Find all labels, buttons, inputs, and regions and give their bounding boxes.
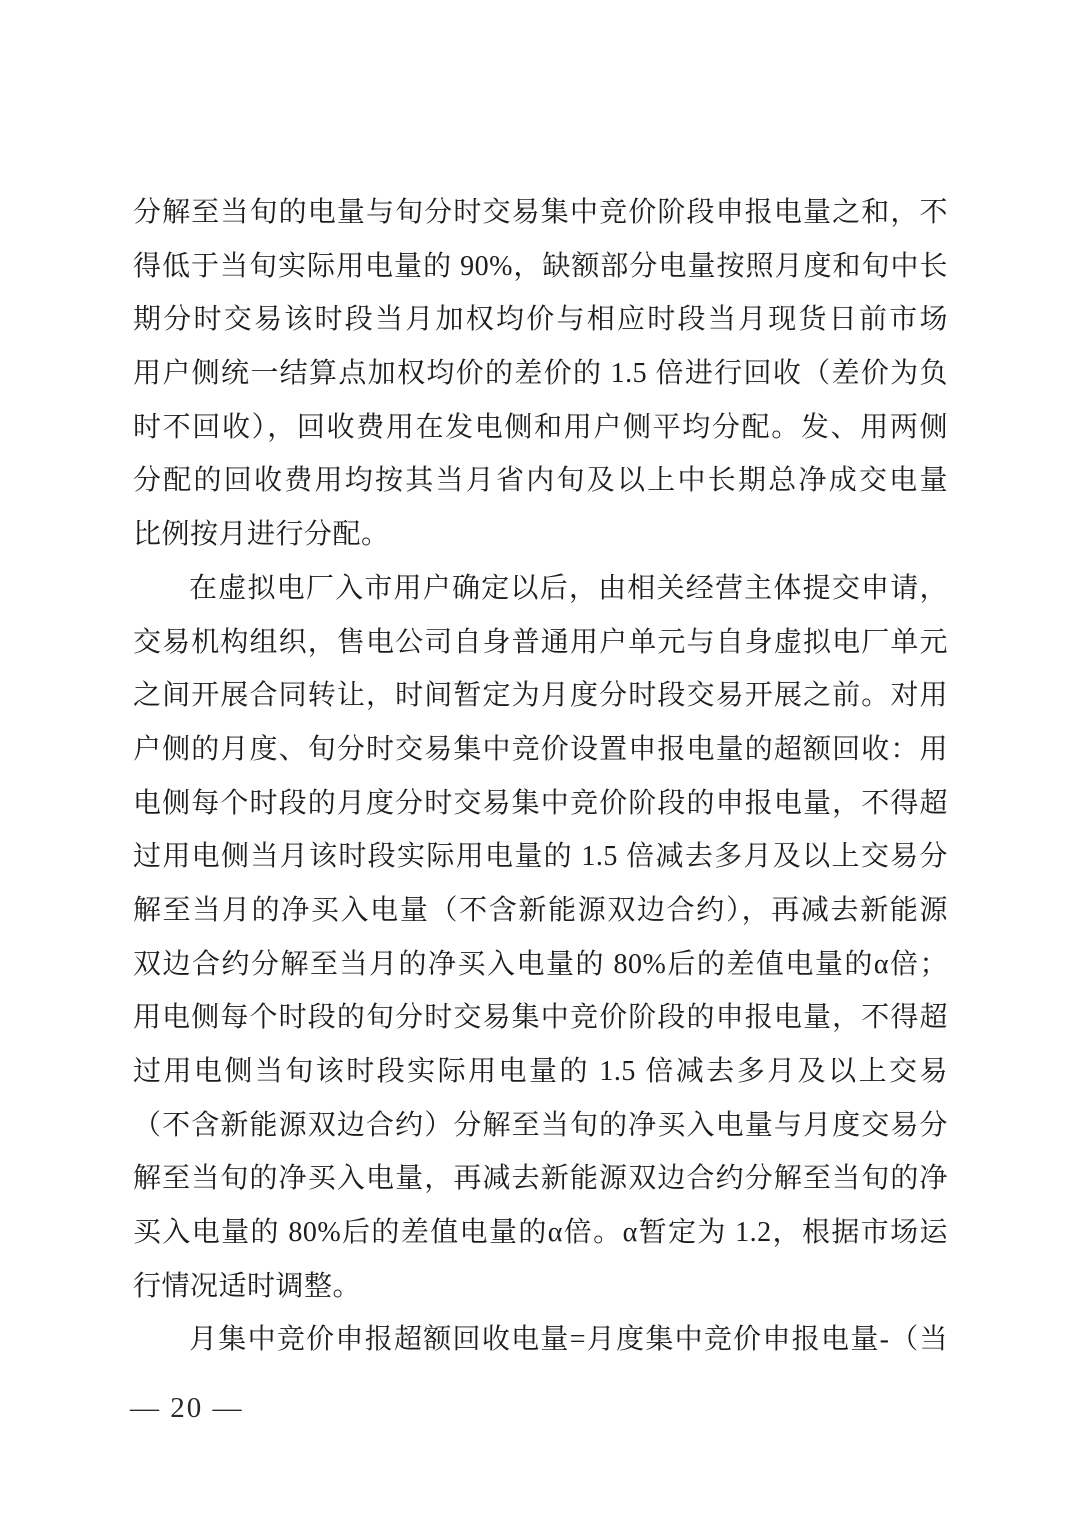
text-line: （不含新能源双边合约）分解至当旬的净买入电量与月度交易分 — [133, 1099, 948, 1153]
document-page: 分解至当旬的电量与旬分时交易集中竞价阶段申报电量之和，不得低于当旬实际用电量的 … — [0, 0, 1080, 1527]
text-line: 过用电侧当月该时段实际用电量的 1.5 倍减去多月及以上交易分 — [133, 830, 948, 884]
text-line: 得低于当旬实际用电量的 90%，缺额部分电量按照月度和旬中长 — [133, 240, 948, 294]
text-line: 解至当月的净买入电量（不含新能源双边合约），再减去新能源 — [133, 884, 948, 938]
text-line: 双边合约分解至当月的净买入电量的 80%后的差值电量的α倍； — [133, 938, 948, 992]
text-line: 之间开展合同转让，时间暂定为月度分时段交易开展之前。对用 — [133, 669, 948, 723]
text-line: 分解至当旬的电量与旬分时交易集中竞价阶段申报电量之和，不 — [133, 186, 948, 240]
text-line: 买入电量的 80%后的差值电量的α倍。α暂定为 1.2，根据市场运 — [133, 1206, 948, 1260]
text-line: 交易机构组织，售电公司自身普通用户单元与自身虚拟电厂单元 — [133, 616, 948, 670]
page-number: — 20 — — [130, 1390, 244, 1426]
text-line: 时不回收），回收费用在发电侧和用户侧平均分配。发、用两侧 — [133, 401, 948, 455]
text-line: 解至当旬的净买入电量，再减去新能源双边合约分解至当旬的净 — [133, 1152, 948, 1206]
text-line: 月集中竞价申报超额回收电量=月度集中竞价申报电量-（当 — [133, 1313, 948, 1367]
text-line: 户侧的月度、旬分时交易集中竞价设置申报电量的超额回收：用 — [133, 723, 948, 777]
text-line: 电侧每个时段的月度分时交易集中竞价阶段的申报电量，不得超 — [133, 777, 948, 831]
text-line: 在虚拟电厂入市用户确定以后，由相关经营主体提交申请， — [133, 562, 948, 616]
text-line: 期分时交易该时段当月加权均价与相应时段当月现货日前市场 — [133, 293, 948, 347]
text-line: 分配的回收费用均按其当月省内旬及以上中长期总净成交电量 — [133, 454, 948, 508]
text-line: 比例按月进行分配。 — [133, 508, 948, 562]
text-line: 过用电侧当旬该时段实际用电量的 1.5 倍减去多月及以上交易 — [133, 1045, 948, 1099]
document-body: 分解至当旬的电量与旬分时交易集中竞价阶段申报电量之和，不得低于当旬实际用电量的 … — [133, 186, 948, 1367]
text-line: 行情况适时调整。 — [133, 1260, 948, 1314]
text-line: 用电侧每个时段的旬分时交易集中竞价阶段的申报电量，不得超 — [133, 991, 948, 1045]
text-line: 用户侧统一结算点加权均价的差价的 1.5 倍进行回收（差价为负 — [133, 347, 948, 401]
